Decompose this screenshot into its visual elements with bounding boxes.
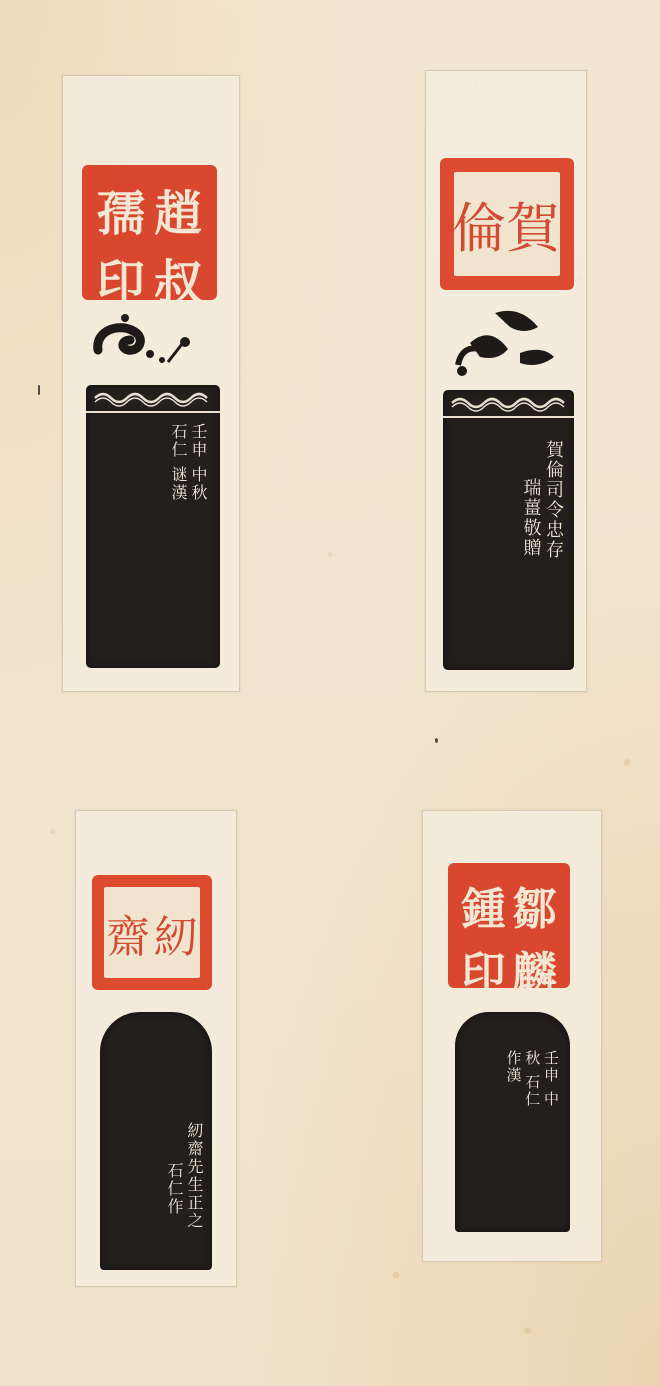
inscription-column: 谜漢 xyxy=(169,466,188,502)
seal-char: 紉 xyxy=(152,887,200,978)
seal-impression-4: 鄒 麟 鍾 印 xyxy=(448,863,570,988)
side-inscription-rubbing-4: 壬申 中秋 石仁 作漢 xyxy=(455,1012,570,1232)
seal-char: 倫 xyxy=(452,172,506,276)
seal-char: 趙 xyxy=(150,175,208,244)
seal-char: 孺 xyxy=(92,175,150,244)
side-inscription-rubbing-1: 壬申 中秋 石仁 谜漢 xyxy=(86,385,220,668)
inscription-column: 壬申 xyxy=(542,1050,560,1084)
seal-char: 齋 xyxy=(104,887,152,978)
inscription-column: 壬申 xyxy=(189,423,208,459)
seal-char: 賀 xyxy=(506,172,560,276)
seal-char: 鍾 xyxy=(458,873,509,937)
inscription-column: 石仁作 xyxy=(165,1162,184,1216)
seal-char: 印 xyxy=(92,244,150,313)
seal-char: 麟 xyxy=(509,937,560,1001)
inscription-column: 石仁 xyxy=(169,423,188,459)
seal-char: 印 xyxy=(458,937,509,1001)
ink-speck xyxy=(38,385,40,395)
cloud-band-border xyxy=(86,385,220,413)
inscription-column: 紉齋先生正之 xyxy=(185,1122,204,1230)
dragon-finial-rubbing-icon xyxy=(450,305,562,380)
inscription-column: 作漢 xyxy=(505,1050,523,1084)
cloud-pattern-icon xyxy=(93,389,213,407)
cloud-band-border xyxy=(443,390,574,418)
inscription-column: 瑞薑敬贈 xyxy=(521,478,542,558)
seal-char: 鄒 xyxy=(509,873,560,937)
cloud-pattern-icon xyxy=(450,394,568,412)
seal-impression-3: 紉 齋 xyxy=(92,875,212,990)
seal-char: 叔 xyxy=(150,244,208,313)
seal-impression-1: 趙 叔 孺 印 xyxy=(82,165,217,300)
inscription-column: 賀倫司令忠存 xyxy=(543,440,564,560)
side-inscription-rubbing-2: 賀倫司令忠存 瑞薑敬贈 xyxy=(443,390,574,670)
dragon-finial-rubbing-icon xyxy=(90,310,200,375)
inscription-column: 石仁 xyxy=(523,1074,541,1108)
side-inscription-rubbing-3: 紉齋先生正之 石仁作 xyxy=(100,1012,212,1270)
inscription-column: 中秋 xyxy=(189,466,208,502)
ink-speck xyxy=(435,738,438,743)
seal-impression-2: 賀 倫 xyxy=(440,158,574,290)
